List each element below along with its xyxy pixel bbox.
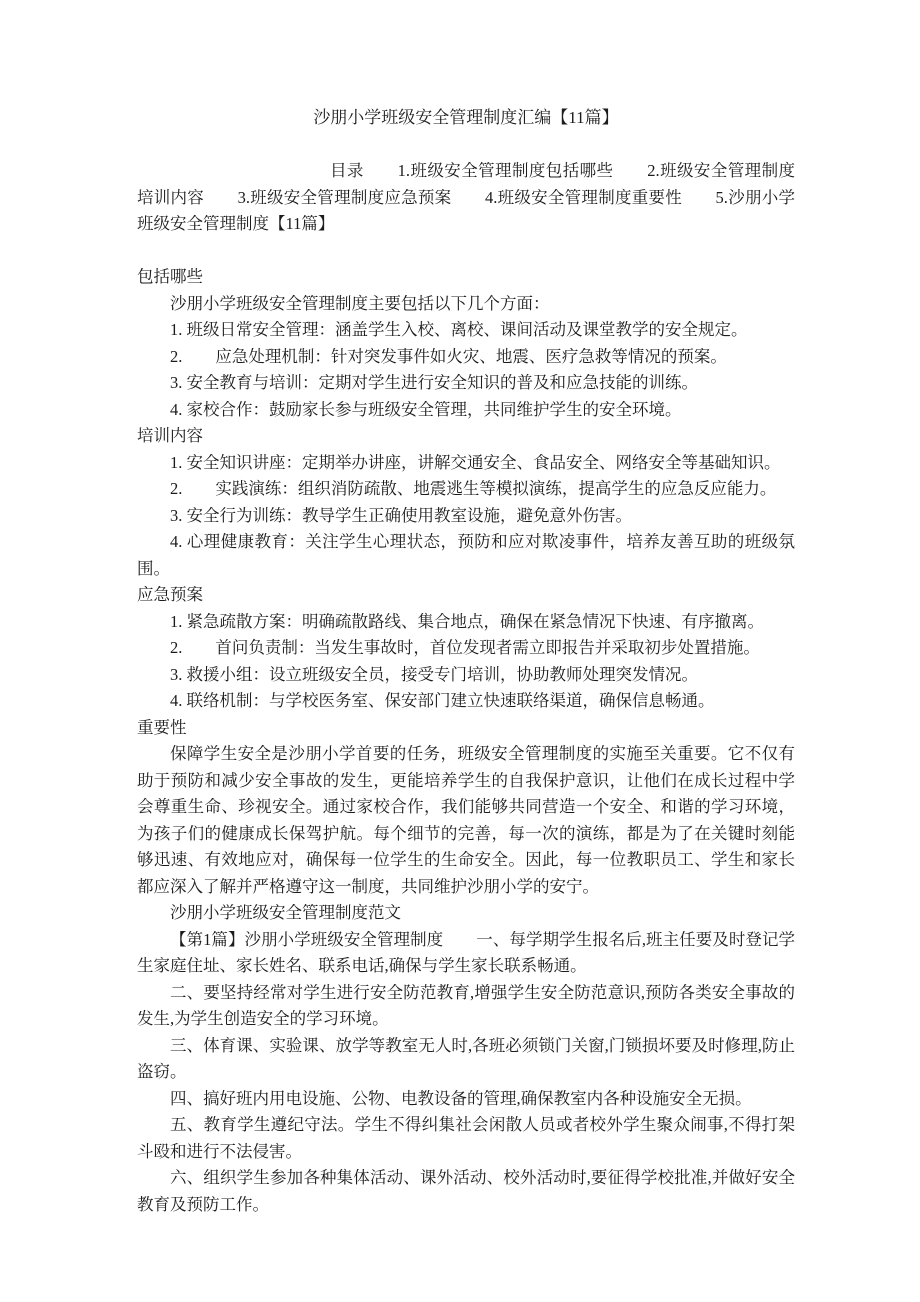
paragraph: 沙朋小学班级安全管理制度范文: [137, 900, 795, 927]
paragraph: 二、要坚持经常对学生进行安全防范教育,增强学生安全防范意识,预防各类安全事故的发…: [137, 980, 795, 1033]
paragraph: 2. 首问负责制：当发生事故时，首位发现者需立即报告并采取初步处置措施。: [137, 635, 795, 662]
document-content: 沙朋小学班级安全管理制度汇编【11篇】 目录 1.班级安全管理制度包括哪些 2.…: [137, 105, 795, 1218]
section-heading: 应急预案: [137, 582, 795, 609]
paragraph: 4. 联络机制：与学校医务室、保安部门建立快速联络渠道，确保信息畅通。: [137, 688, 795, 715]
paragraph: 六、组织学生参加各种集体活动、课外活动、校外活动时,要征得学校批准,并做好安全教…: [137, 1165, 795, 1218]
paragraph: 1. 紧急疏散方案：明确疏散路线、集合地点，确保在紧急情况下快速、有序撤离。: [137, 609, 795, 636]
paragraph: 4. 家校合作：鼓励家长参与班级安全管理，共同维护学生的安全环境。: [137, 397, 795, 424]
paragraph: 4. 心理健康教育：关注学生心理状态，预防和应对欺凌事件，培养友善互助的班级氛围…: [137, 529, 795, 582]
section-heading: 包括哪些: [137, 264, 795, 291]
document-body: 包括哪些沙朋小学班级安全管理制度主要包括以下几个方面：1. 班级日常安全管理：涵…: [137, 264, 795, 1218]
paragraph: 三、体育课、实验课、放学等教室无人时,各班必须锁门关窗,门锁损坏要及时修理,防止…: [137, 1033, 795, 1086]
section-heading: 重要性: [137, 715, 795, 742]
table-of-contents: 目录 1.班级安全管理制度包括哪些 2.班级安全管理制度培训内容 3.班级安全管…: [137, 158, 795, 238]
document-page: 沙朋小学班级安全管理制度汇编【11篇】 目录 1.班级安全管理制度包括哪些 2.…: [0, 0, 920, 1302]
paragraph: 沙朋小学班级安全管理制度主要包括以下几个方面：: [137, 291, 795, 318]
paragraph: 2. 应急处理机制：针对突发事件如火灾、地震、医疗急救等情况的预案。: [137, 344, 795, 371]
paragraph: 2. 实践演练：组织消防疏散、地震逃生等模拟演练，提高学生的应急反应能力。: [137, 476, 795, 503]
paragraph: 保障学生安全是沙朋小学首要的任务，班级安全管理制度的实施至关重要。它不仅有助于预…: [137, 741, 795, 900]
paragraph: 1. 班级日常安全管理：涵盖学生入校、离校、课间活动及课堂教学的安全规定。: [137, 317, 795, 344]
paragraph: 1. 安全知识讲座：定期举办讲座，讲解交通安全、食品安全、网络安全等基础知识。: [137, 450, 795, 477]
paragraph: 五、教育学生遵纪守法。学生不得纠集社会闲散人员或者校外学生聚众闹事,不得打架斗殴…: [137, 1112, 795, 1165]
paragraph: 3. 救援小组：设立班级安全员，接受专门培训，协助教师处理突发情况。: [137, 662, 795, 689]
document-title: 沙朋小学班级安全管理制度汇编【11篇】: [137, 105, 795, 132]
paragraph: 四、搞好班内用电设施、公物、电教设备的管理,确保教室内各种设施安全无损。: [137, 1086, 795, 1113]
paragraph: 【第1篇】沙朋小学班级安全管理制度 一、每学期学生报名后,班主任要及时登记学生家…: [137, 927, 795, 980]
section-heading: 培训内容: [137, 423, 795, 450]
paragraph: 3. 安全教育与培训：定期对学生进行安全知识的普及和应急技能的训练。: [137, 370, 795, 397]
paragraph: 3. 安全行为训练：教导学生正确使用教室设施，避免意外伤害。: [137, 503, 795, 530]
